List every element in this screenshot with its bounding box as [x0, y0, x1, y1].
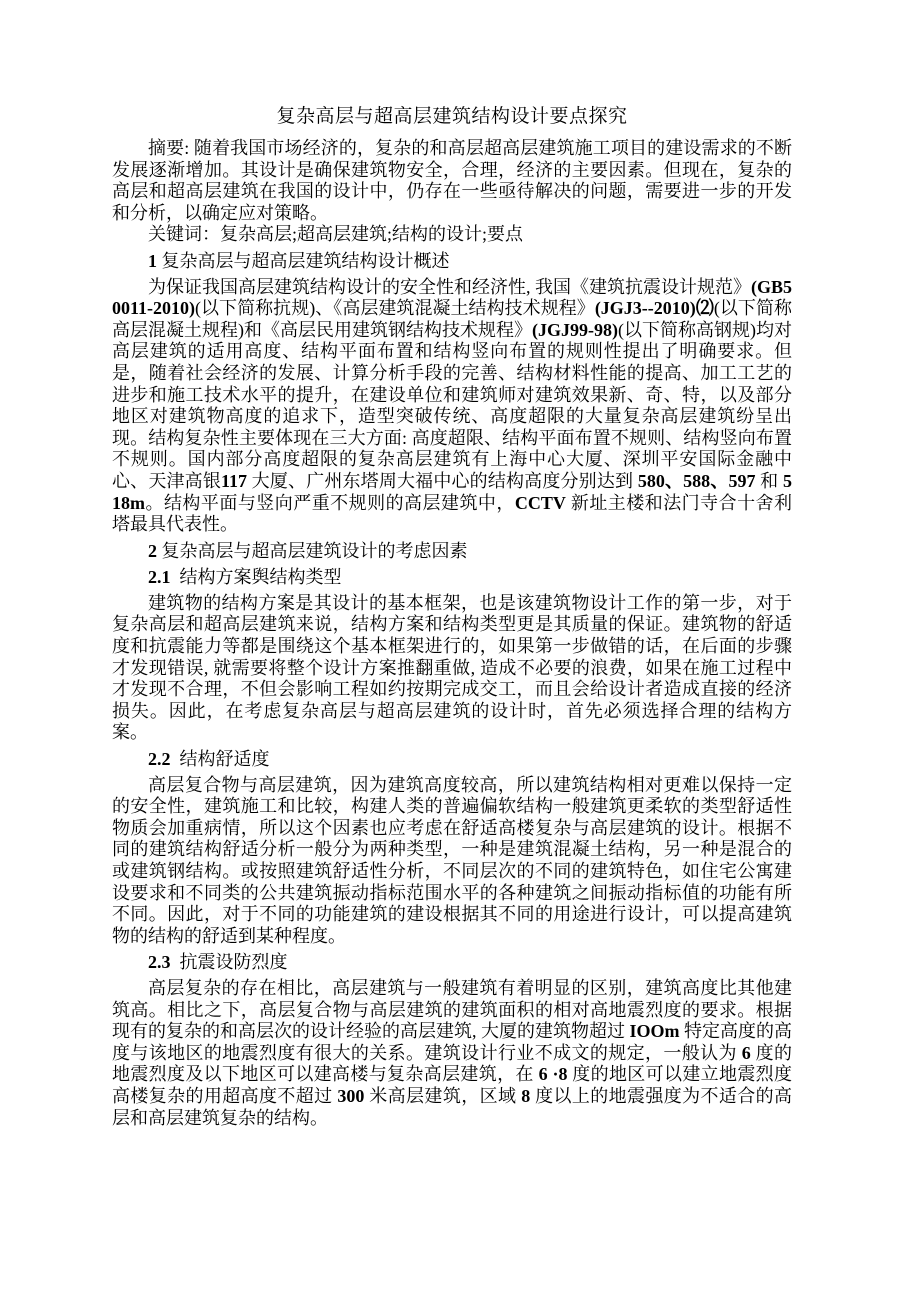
bold-text-run: (JGJ99-98) [532, 320, 618, 340]
text-run: 米高层建筑，区域 [364, 1086, 521, 1106]
section-1-heading: 1 复杂高层与超高层建筑结构设计概述 [112, 251, 792, 273]
text-run: 结构方案舆结构类型 [171, 567, 342, 587]
text-run: 建筑物的结构方案是其设计的基本框架，也是该建筑物设计工作的第一步，对于复杂高层和… [112, 593, 792, 743]
text-run: 摘要: 随着我国市场经济的，复杂的和高层超高层建筑施工项目的建设需求的不断发展逐… [112, 138, 792, 223]
bold-text-run: IOOm [630, 1021, 680, 1041]
bold-text-run: CCTV [515, 493, 566, 513]
section-2-1-paragraph: 建筑物的结构方案是其设计的基本框架，也是该建筑物设计工作的第一步，对于复杂高层和… [112, 593, 792, 744]
document-title: 复杂高层与超高层建筑结构设计要点探究 [112, 104, 792, 130]
bold-text-run: 580、588、597 [638, 471, 756, 491]
bold-text-run: 8 [521, 1086, 530, 1106]
document-content: 复杂高层与超高层建筑结构设计要点探究 摘要: 随着我国市场经济的，复杂的和高层超… [112, 104, 792, 1129]
text-run: 大厦、广州东塔周大福中心的结构高度分别达到 [247, 471, 638, 491]
bold-text-run: 2.2 [148, 749, 171, 769]
section-2-2-heading: 2.2 结构舒适度 [112, 749, 792, 771]
bold-text-run: 2 [148, 541, 157, 561]
bold-text-run: 6 [742, 1043, 751, 1063]
text-run: 。结构平面与竖向严重不规则的高层建筑中， [145, 493, 515, 513]
text-run: 高层复合物与高层建筑，因为建筑高度较高，所以建筑结构相对更难以保持一定的安全性，… [112, 775, 792, 946]
text-run: 复杂高层与超高层建筑结构设计概述 [157, 251, 450, 271]
text-run: 复杂高层与超高层建筑设计的考虑因素 [157, 541, 468, 561]
text-run: (以下简称抗规)、《高层建筑混凝土结构技术规程》 [195, 298, 595, 318]
section-1-paragraph: 为保证我国高层建筑结构设计的安全性和经济性, 我国《建筑抗震设计规范》(GB50… [112, 277, 792, 536]
text-run: 和 [756, 471, 784, 491]
section-2-2-paragraph: 高层复合物与高层建筑，因为建筑高度较高，所以建筑结构相对更难以保持一定的安全性，… [112, 775, 792, 948]
bold-text-run: 1 [148, 251, 157, 271]
bold-text-run: 117 [221, 471, 247, 491]
bold-text-run: (JGJ3--2010)⑵ [595, 298, 714, 318]
document-page: 复杂高层与超高层建筑结构设计要点探究 摘要: 随着我国市场经济的，复杂的和高层超… [0, 0, 920, 1301]
section-2-3-paragraph: 高层复杂的存在相比，高层建筑与一般建筑有着明显的区别，建筑高度比其他建筑高。相比… [112, 978, 792, 1129]
text-run: 结构舒适度 [171, 749, 270, 769]
bold-text-run: 300 [337, 1086, 364, 1106]
keywords-line: 关键词：复杂高层;超高层建筑;结构的设计;要点 [112, 224, 792, 246]
text-run: 关键词：复杂高层;超高层建筑;结构的设计;要点 [148, 224, 523, 244]
text-run: (以下简称高钢规)均对高层建筑的适用高度、结构平面布置和结构竖向布置的规则性提出… [112, 320, 792, 491]
section-2-heading: 2 复杂高层与超高层建筑设计的考虑因素 [112, 541, 792, 563]
text-run: 为保证我国高层建筑结构设计的安全性和经济性, 我国《建筑抗震设计规范》 [148, 277, 751, 297]
document-body: 摘要: 随着我国市场经济的，复杂的和高层超高层建筑施工项目的建设需求的不断发展逐… [112, 138, 792, 1129]
section-2-3-heading: 2.3 抗震设防烈度 [112, 952, 792, 974]
bold-text-run: 2.3 [148, 952, 171, 972]
section-2-1-heading: 2.1 结构方案舆结构类型 [112, 567, 792, 589]
abstract-paragraph: 摘要: 随着我国市场经济的，复杂的和高层超高层建筑施工项目的建设需求的不断发展逐… [112, 138, 792, 224]
text-run: 抗震设防烈度 [171, 952, 288, 972]
bold-text-run: 6 ·8 [539, 1064, 568, 1084]
bold-text-run: 2.1 [148, 567, 171, 587]
